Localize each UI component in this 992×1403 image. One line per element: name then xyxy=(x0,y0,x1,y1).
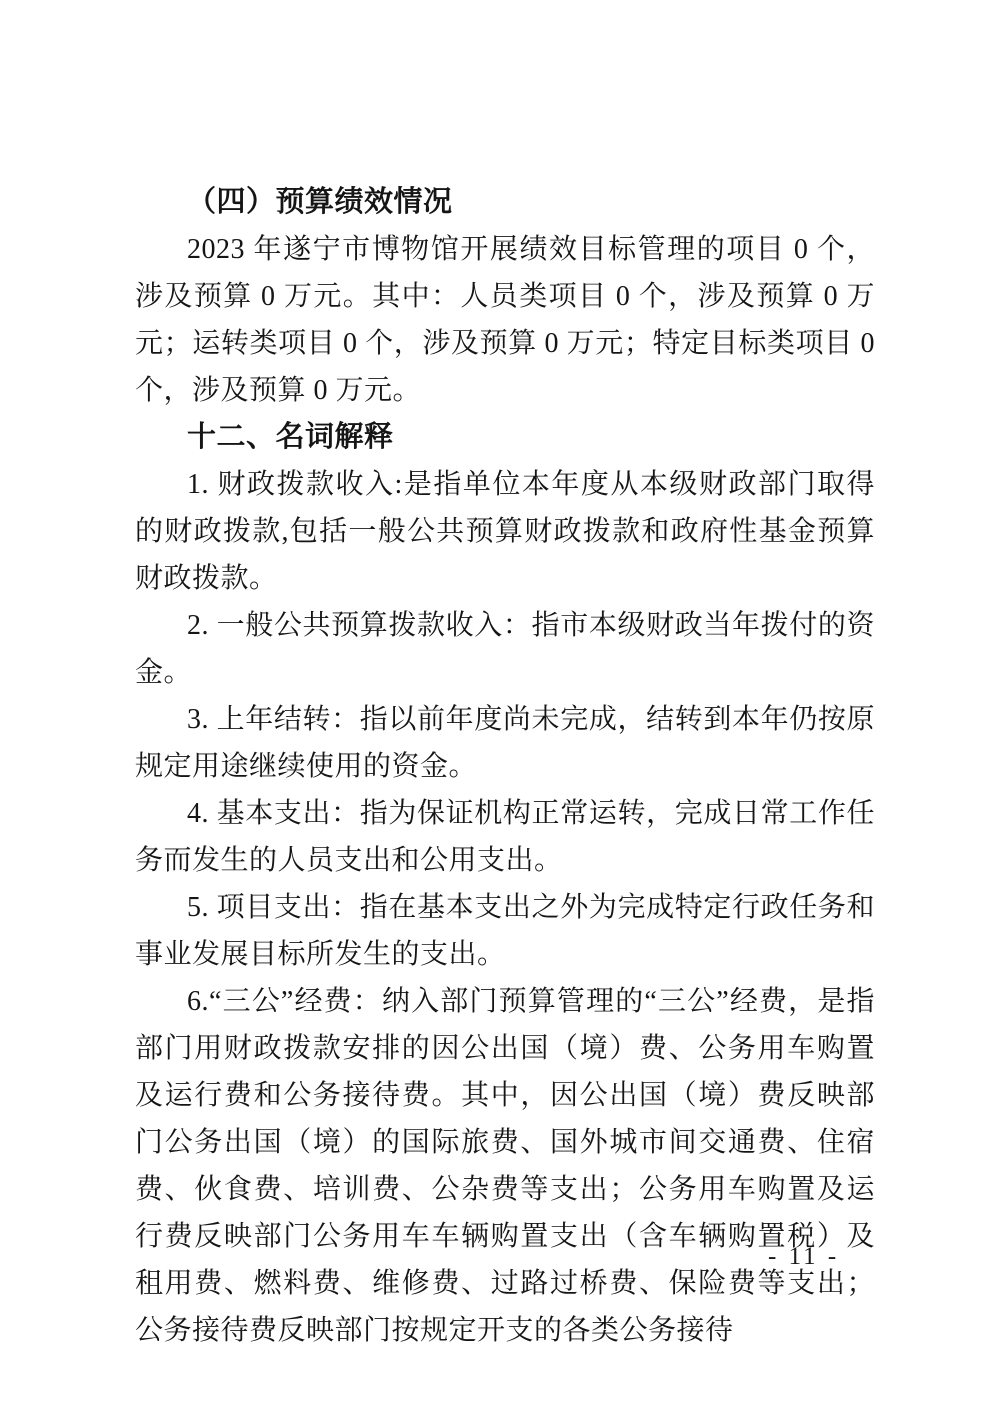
glossary-item-carryover-from-previous-year: 3. 上年结转：指以前年度尚未完成，结转到本年仍按原规定用途继续使用的资金。 xyxy=(135,696,875,790)
glossary-item-basic-expenditure: 4. 基本支出：指为保证机构正常运转，完成日常工作任务而发生的人员支出和公用支出… xyxy=(135,790,875,884)
page-number: - 11 - xyxy=(768,1243,839,1271)
document-body: （四）预算绩效情况 2023 年遂宁市博物馆开展绩效目标管理的项目 0 个，涉及… xyxy=(135,179,875,1354)
glossary-item-fiscal-appropriation-income: 1. 财政拨款收入:是指单位本年度从本级财政部门取得的财政拨款,包括一般公共预算… xyxy=(135,461,875,602)
glossary-item-project-expenditure: 5. 项目支出：指在基本支出之外为完成特定行政任务和事业发展目标所发生的支出。 xyxy=(135,884,875,978)
glossary-item-three-public-expenses: 6.“三公”经费：纳入部门预算管理的“三公”经费，是指部门用财政拨款安排的因公出… xyxy=(135,978,875,1354)
paragraph-budget-performance: 2023 年遂宁市博物馆开展绩效目标管理的项目 0 个，涉及预算 0 万元。其中… xyxy=(135,226,875,414)
document-page: （四）预算绩效情况 2023 年遂宁市博物馆开展绩效目标管理的项目 0 个，涉及… xyxy=(0,0,992,1403)
section-heading-budget-performance: （四）预算绩效情况 xyxy=(135,179,875,226)
glossary-item-general-public-budget-income: 2. 一般公共预算拨款收入：指市本级财政当年拨付的资金。 xyxy=(135,602,875,696)
section-heading-glossary: 十二、名词解释 xyxy=(135,414,875,461)
